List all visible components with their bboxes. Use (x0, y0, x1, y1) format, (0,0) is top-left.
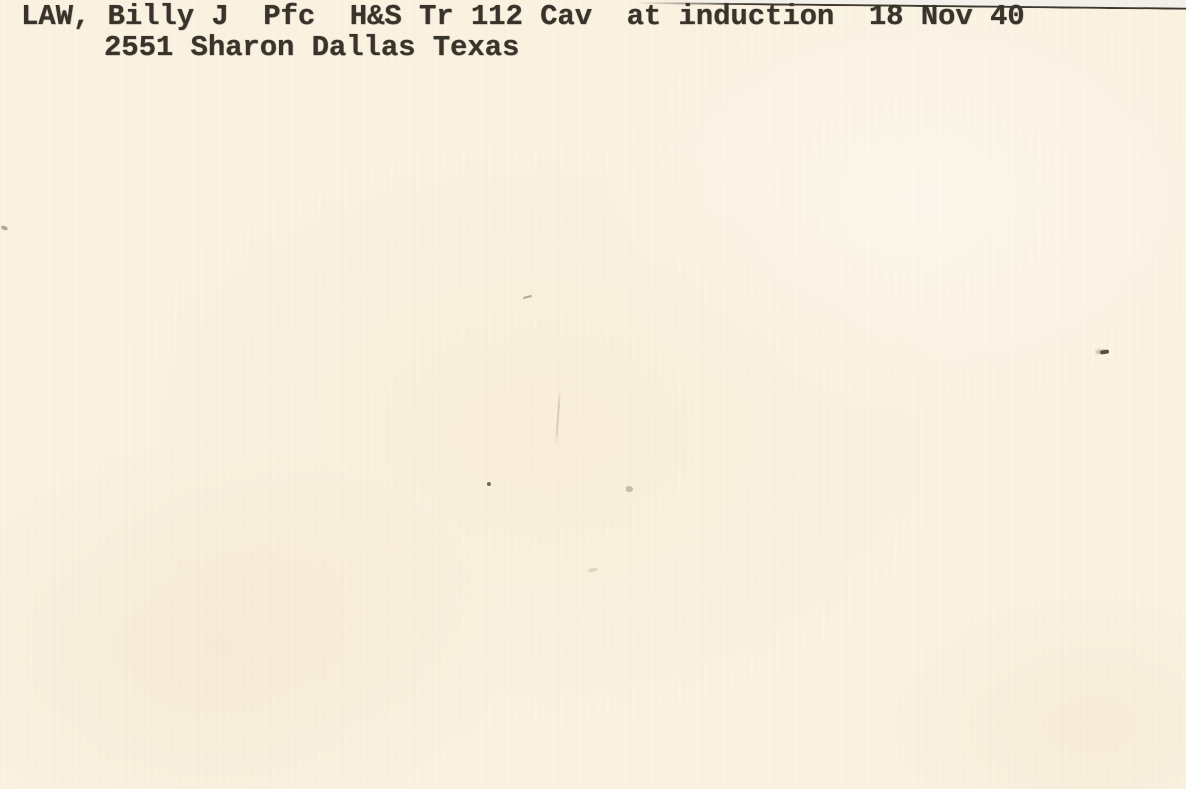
scratch-streak (555, 388, 561, 446)
card-line-1: LAW, Billy J Pfc H&S Tr 112 Cav at induc… (21, 2, 1025, 31)
dust-speck (1100, 349, 1109, 354)
dust-speck (1, 225, 9, 231)
dust-speck (626, 486, 633, 492)
dust-speck (588, 567, 599, 573)
index-card: LAW, Billy J Pfc H&S Tr 112 Cav at induc… (0, 0, 1186, 789)
dust-speck (523, 295, 532, 299)
dust-speck (487, 482, 491, 486)
card-line-2: 2551 Sharon Dallas Texas (104, 33, 519, 62)
